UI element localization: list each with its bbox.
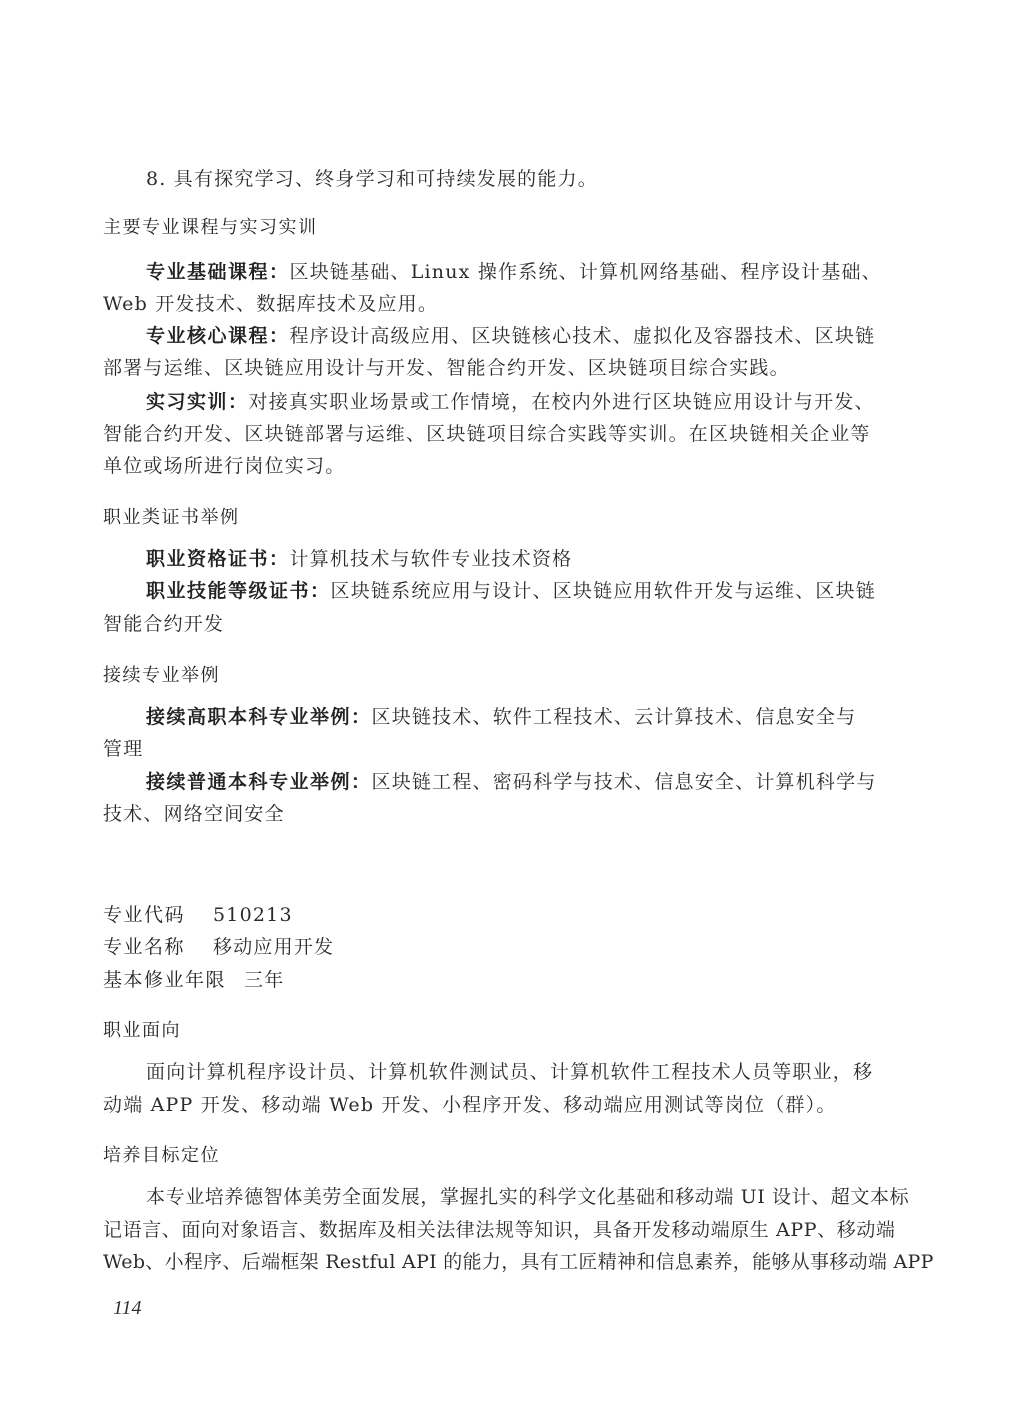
cert-heading: 职业类证书举例 [103, 505, 240, 531]
goal-heading: 培养目标定位 [103, 1143, 220, 1169]
internship-line-1: 实习实训：对接真实职业场景或工作情境，在校内外进行区块链应用设计与开发、 [146, 389, 875, 415]
undergraduate-line-2: 技术、网络空间安全 [103, 801, 285, 827]
further-study-heading: 接续专业举例 [103, 663, 220, 689]
core-courses-text: 程序设计高级应用、区块链核心技术、虚拟化及容器技术、区块链 [290, 325, 876, 347]
higher-vocational-text: 区块链技术、软件工程技术、云计算技术、信息安全与 [372, 706, 857, 728]
goal-line-3: Web、小程序、后端框架 Restful API 的能力，具有工匠精神和信息素养… [103, 1249, 934, 1275]
internship-label: 实习实训： [146, 391, 249, 413]
internship-line-3: 单位或场所进行岗位实习。 [103, 453, 345, 479]
undergraduate-label: 接续普通本科专业举例： [146, 771, 372, 793]
goal-line-1: 本专业培养德智体美劳全面发展，掌握扎实的科学文化基础和移动端 UI 设计、超文本… [146, 1184, 909, 1210]
career-line-1: 面向计算机程序设计员、计算机软件测试员、计算机软件工程技术人员等职业，移 [146, 1059, 873, 1085]
core-courses-line-2: 部署与运维、区块链应用设计与开发、智能合约开发、区块链项目综合实践。 [103, 355, 790, 381]
page-number: 114 [113, 1297, 142, 1320]
skill-cert-label: 职业技能等级证书： [146, 580, 331, 602]
higher-vocational-label: 接续高职本科专业举例： [146, 706, 372, 728]
basic-courses-line-2: Web 开发技术、数据库技术及应用。 [103, 291, 438, 317]
basic-courses-line-1: 专业基础课程：区块链基础、Linux 操作系统、计算机网络基础、程序设计基础、 [146, 259, 882, 285]
major-name-label: 专业名称 [103, 934, 185, 960]
goal-line-2: 记语言、面向对象语言、数据库及相关法律法规等知识，具备开发移动端原生 APP、移… [103, 1217, 896, 1243]
core-courses-label: 专业核心课程： [146, 325, 290, 347]
study-years-value: 三年 [244, 969, 284, 991]
basic-courses-text: 区块链基础、Linux 操作系统、计算机网络基础、程序设计基础、 [290, 261, 882, 283]
major-code-row: 专业代码510213 [103, 902, 293, 928]
major-name-row: 专业名称移动应用开发 [103, 934, 334, 960]
undergraduate-line-1: 接续普通本科专业举例：区块链工程、密码科学与技术、信息安全、计算机科学与 [146, 769, 877, 795]
major-code-label: 专业代码 [103, 902, 185, 928]
skill-cert-line-1: 职业技能等级证书：区块链系统应用与设计、区块链应用软件开发与运维、区块链 [146, 578, 876, 604]
basic-courses-label: 专业基础课程： [146, 261, 290, 283]
higher-vocational-line-1: 接续高职本科专业举例：区块链技术、软件工程技术、云计算技术、信息安全与 [146, 704, 856, 730]
undergraduate-text: 区块链工程、密码科学与技术、信息安全、计算机科学与 [372, 771, 877, 793]
career-line-2: 动端 APP 开发、移动端 Web 开发、小程序开发、移动端应用测试等岗位（群）… [103, 1092, 837, 1118]
internship-line-2: 智能合约开发、区块链部署与运维、区块链项目综合实践等实训。在区块链相关企业等 [103, 421, 871, 447]
skill-cert-text: 区块链系统应用与设计、区块链应用软件开发与运维、区块链 [331, 580, 876, 602]
skill-cert-line-2: 智能合约开发 [103, 611, 224, 637]
qualification-cert-text: 计算机技术与软件专业技术资格 [290, 548, 573, 570]
qualification-cert-label: 职业资格证书： [146, 548, 290, 570]
ability-item-8: 8. 具有探究学习、终身学习和可持续发展的能力。 [146, 166, 598, 192]
higher-vocational-line-2: 管理 [103, 736, 143, 762]
study-years-row: 基本修业年限三年 [103, 967, 284, 993]
courses-heading: 主要专业课程与实习实训 [103, 215, 318, 241]
major-code-value: 510213 [213, 904, 293, 926]
core-courses-line-1: 专业核心课程：程序设计高级应用、区块链核心技术、虚拟化及容器技术、区块链 [146, 323, 875, 349]
career-heading: 职业面向 [103, 1018, 181, 1044]
major-name-value: 移动应用开发 [213, 936, 334, 958]
study-years-label: 基本修业年限 [103, 967, 226, 993]
qualification-cert-line: 职业资格证书：计算机技术与软件专业技术资格 [146, 546, 572, 572]
internship-text: 对接真实职业场景或工作情境，在校内外进行区块链应用设计与开发、 [249, 391, 875, 413]
